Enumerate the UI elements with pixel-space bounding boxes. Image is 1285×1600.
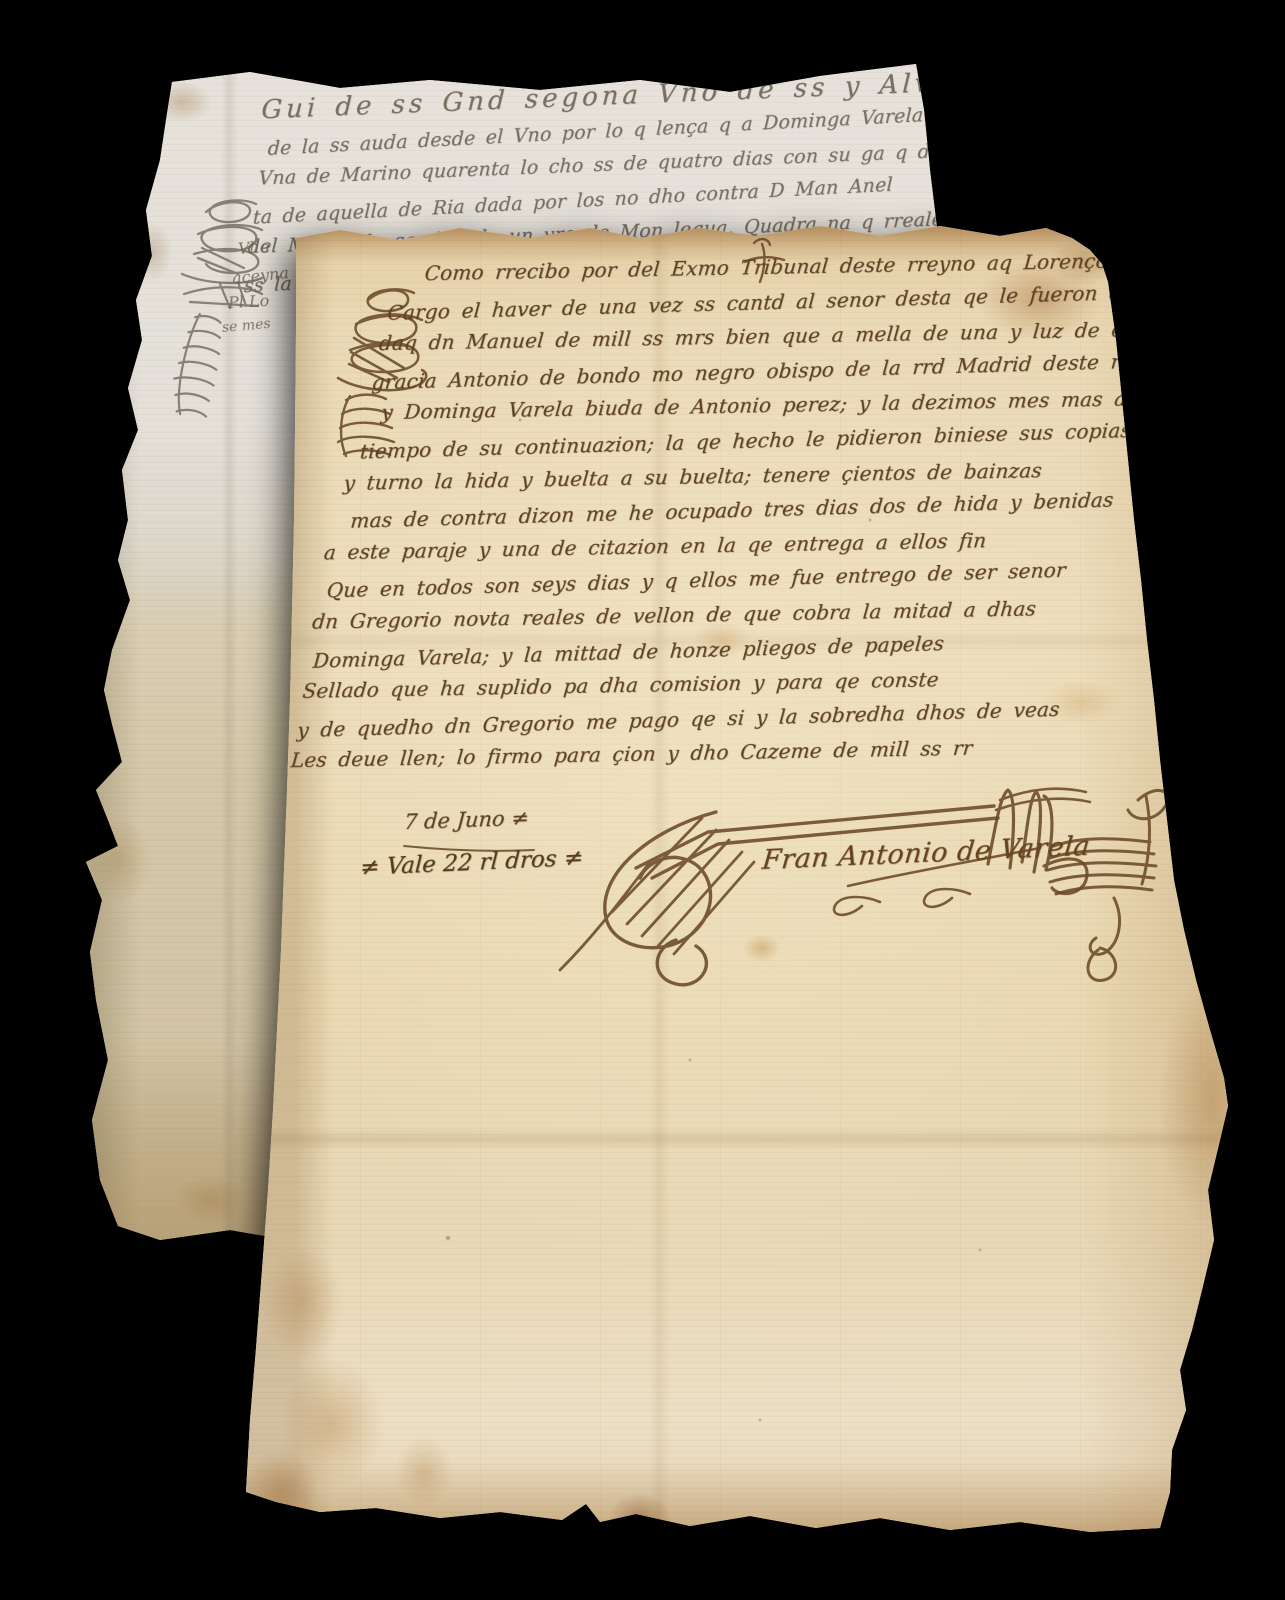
signature-text: Fran Antonio de Varela (761, 831, 1092, 876)
front-page-text-block: Como rrecibo por del Exmo Tribunal deste… (287, 241, 1189, 781)
rubric-flourish-drawing (560, 806, 998, 985)
photo-stage: Gui de ss Gnd segona Vno de ss y Alvarad… (0, 0, 1285, 1600)
front-ink-marks (0, 0, 1285, 1600)
vale-line: ≠ Vale 22 rl dros ≠ (359, 845, 584, 881)
hatch-flourish-drawing (1048, 790, 1168, 980)
front-page-wrapper: Como rrecibo por del Exmo Tribunal deste… (0, 0, 1285, 1600)
front-manuscript-page: Como rrecibo por del Exmo Tribunal deste… (0, 0, 1285, 1600)
date-line: 7 de Juno ≠ (403, 806, 530, 834)
